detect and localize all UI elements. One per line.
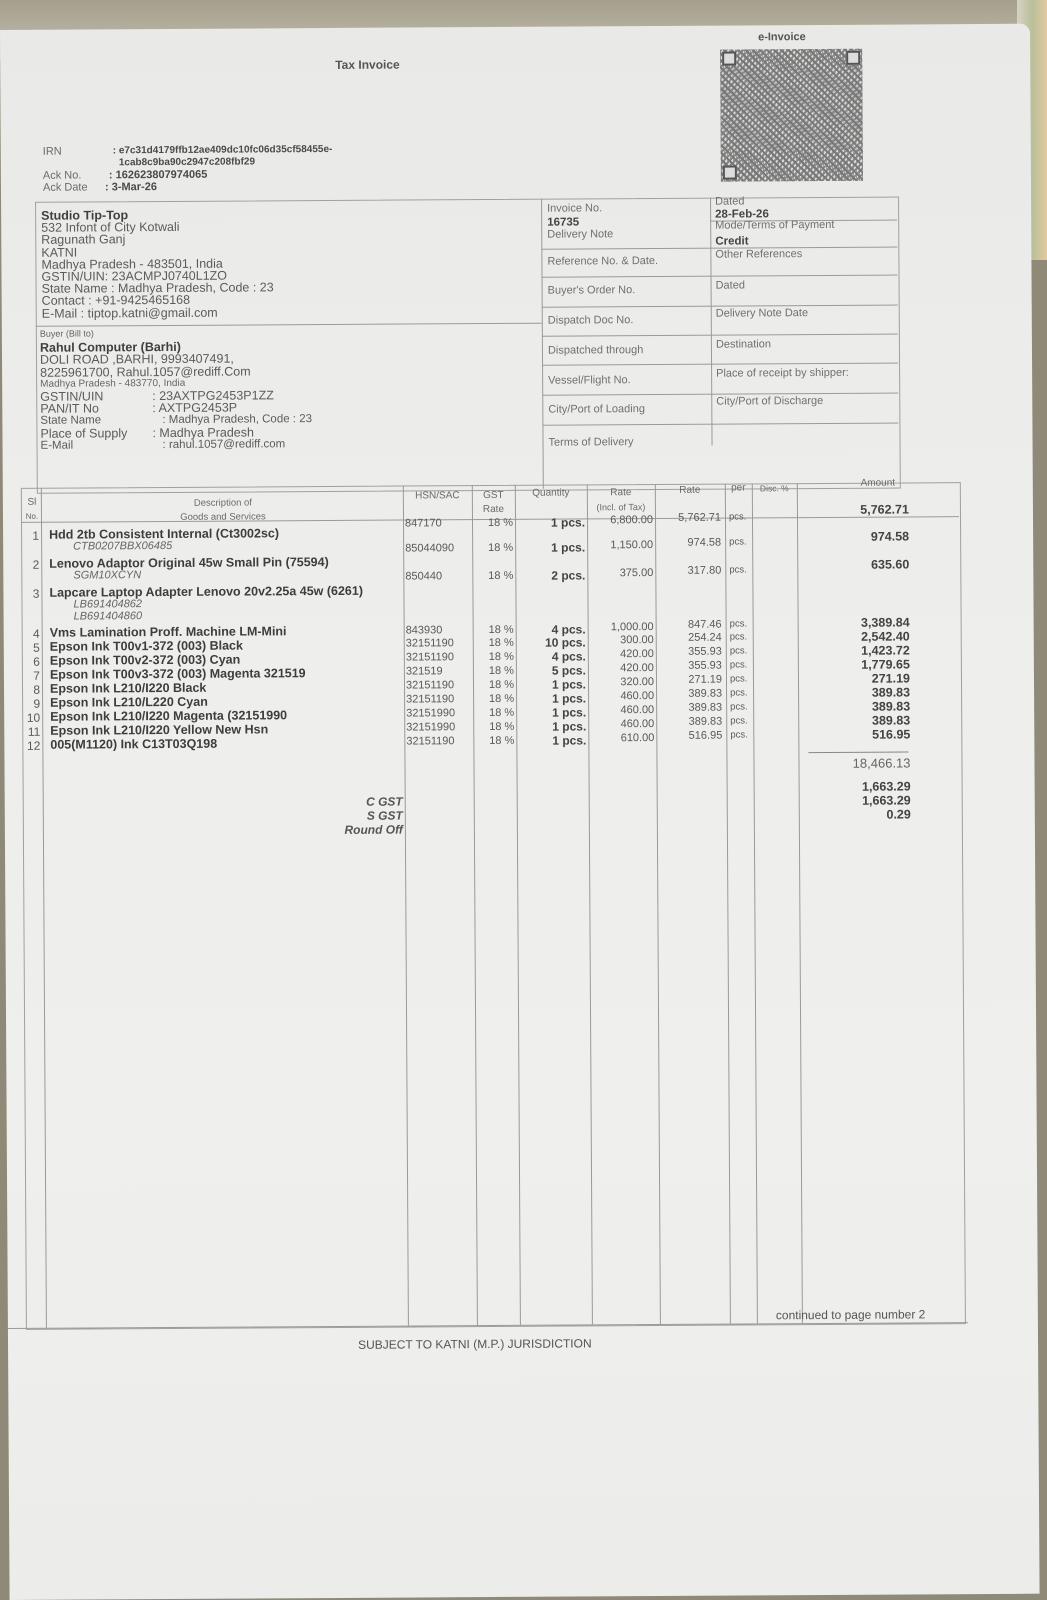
- header-description: Description ofGoods and Services: [43, 496, 403, 526]
- row-description: Vms Lamination Proff. Machine LM-Mini: [50, 624, 287, 639]
- row-rate: 5,762.71: [655, 512, 721, 524]
- row-gst-rate: 18 %: [474, 624, 514, 636]
- payment-terms-value: Credit: [715, 235, 748, 247]
- row-description: Epson Ink L210/I220 Magenta (32151990: [50, 708, 287, 723]
- row-hsn: 32151190: [406, 679, 454, 691]
- row-sl-no: 9: [22, 697, 40, 711]
- header-rate-incl-tax: Rate(Incl. of Tax): [587, 486, 655, 514]
- row-description: Epson Ink T00v3-372 (003) Magenta 321519: [50, 666, 306, 682]
- row-hsn: 32151190: [406, 735, 454, 747]
- row-serial-no: LB691404860: [74, 610, 143, 622]
- row-quantity: 4 pcs.: [516, 649, 586, 663]
- row-quantity: 1 pcs.: [515, 540, 585, 554]
- row-rate: 317.80: [655, 565, 721, 577]
- row-rate-incl-tax: 460.00: [588, 718, 654, 730]
- sgst-amount: 1,663.29: [805, 793, 911, 808]
- row-gst-rate: 18 %: [474, 693, 514, 705]
- invoice-no-value: 16735: [547, 216, 579, 228]
- row-amount: 974.58: [803, 529, 909, 544]
- document-title: Tax Invoice: [335, 58, 400, 72]
- row-amount: 389.83: [804, 685, 910, 700]
- ack-no-label: Ack No.: [43, 170, 82, 182]
- row-gst-rate: 18 %: [474, 651, 514, 663]
- port-discharge-label: City/Port of Discharge: [716, 395, 823, 408]
- invoice-no-label: Invoice No.: [547, 202, 602, 214]
- sgst-label: S GST: [305, 809, 403, 824]
- row-description: Epson Ink T00v2-372 (003) Cyan: [50, 653, 240, 668]
- vessel-flight-label: Vessel/Flight No.: [548, 374, 631, 387]
- row-rate: 254.24: [656, 632, 722, 644]
- row-per: pcs.: [730, 673, 748, 684]
- row-gst-rate: 18 %: [474, 637, 514, 649]
- ack-no-value: : 162623807974065: [109, 169, 208, 182]
- row-rate-incl-tax: 320.00: [588, 676, 654, 688]
- row-gst-rate: 18 %: [474, 665, 514, 677]
- row-rate: 847.46: [656, 619, 722, 631]
- row-rate: 974.58: [655, 537, 721, 549]
- row-quantity: 1 pcs.: [516, 719, 586, 733]
- cgst-amount: 1,663.29: [805, 779, 911, 794]
- order-dated-label: Dated: [716, 279, 745, 291]
- row-per: pcs.: [729, 511, 747, 522]
- row-gst-rate: 18 %: [474, 735, 514, 747]
- row-description: Epson Ink T00v1-372 (003) Black: [50, 639, 243, 654]
- row-sl-no: 1: [21, 529, 39, 543]
- row-description: Epson Ink L210/I220 Yellow New Hsn: [50, 722, 268, 737]
- place-of-receipt-label: Place of receipt by shipper:: [716, 367, 849, 380]
- row-per: pcs.: [730, 618, 748, 629]
- row-gst-rate: 18 %: [473, 542, 513, 554]
- row-per: pcs.: [730, 715, 748, 726]
- row-quantity: 10 pcs.: [516, 635, 586, 649]
- row-rate: 355.93: [656, 646, 722, 658]
- row-rate-incl-tax: 420.00: [588, 662, 654, 674]
- row-amount: 1,779.65: [804, 657, 910, 672]
- row-hsn: 850440: [405, 570, 442, 582]
- row-sl-no: 2: [21, 558, 39, 572]
- row-gst-rate: 18 %: [473, 570, 513, 582]
- row-rate-incl-tax: 460.00: [588, 704, 654, 716]
- dated-label: Dated: [715, 195, 744, 207]
- row-sl-no: 4: [22, 627, 40, 641]
- row-rate: 355.93: [656, 660, 722, 672]
- row-per: pcs.: [730, 701, 748, 712]
- row-description: Epson Ink L210/I220 Black: [50, 681, 206, 696]
- row-per: pcs.: [730, 659, 748, 670]
- buyers-order-label: Buyer's Order No.: [548, 284, 636, 297]
- dispatched-through-label: Dispatched through: [548, 344, 643, 357]
- row-sl-no: 12: [22, 739, 40, 753]
- reference-label: Reference No. & Date.: [547, 255, 658, 268]
- items-table: [21, 482, 966, 1330]
- row-quantity: 1 pcs.: [516, 677, 586, 691]
- header-quantity: Quantity: [515, 486, 587, 500]
- header-hsn: HSN/SAC: [403, 489, 472, 503]
- ack-date-value: : 3-Mar-26: [105, 181, 157, 193]
- row-rate-incl-tax: 1,000.00: [588, 621, 654, 633]
- invoice-page: Tax Invoice e-Invoice IRN : e7c31d4179ff…: [0, 24, 1040, 1600]
- header-rate: Rate: [655, 484, 725, 498]
- header-per: per: [725, 481, 752, 495]
- row-hsn: 32151990: [406, 721, 455, 733]
- row-sl-no: 8: [22, 683, 40, 697]
- payment-terms-label: Mode/Terms of Payment: [715, 219, 834, 232]
- row-sl-no: 7: [22, 669, 40, 683]
- row-rate: 389.83: [656, 716, 722, 728]
- irn-value-line1: : e7c31d4179ffb12ae409dc10fc06d35cf58455…: [113, 144, 333, 156]
- qr-code-icon: [720, 49, 863, 182]
- row-hsn: 85044090: [405, 542, 454, 554]
- row-per: pcs.: [729, 564, 747, 575]
- header-discount: Disc. %: [752, 481, 797, 495]
- row-amount: 1,423.72: [804, 643, 910, 658]
- row-gst-rate: 18 %: [473, 517, 513, 529]
- buyer-heading: Buyer (Bill to): [40, 326, 312, 340]
- row-amount: 389.83: [804, 713, 910, 728]
- row-amount: 389.83: [804, 699, 910, 714]
- delivery-note-date-label: Delivery Note Date: [716, 307, 808, 320]
- row-description: 005(M1120) Ink C13T03Q198: [50, 737, 217, 752]
- row-quantity: 1 pcs.: [516, 733, 586, 747]
- row-rate-incl-tax: 1,150.00: [587, 539, 653, 551]
- buyer-block: Buyer (Bill to) Rahul Computer (Barhi) D…: [40, 326, 312, 452]
- row-per: pcs.: [730, 687, 748, 698]
- row-description: Lenovo Adaptor Original 45w Small Pin (7…: [49, 555, 329, 571]
- row-gst-rate: 18 %: [474, 707, 514, 719]
- row-rate: 516.95: [656, 730, 722, 742]
- row-hsn: 847170: [405, 517, 442, 529]
- row-per: pcs.: [730, 631, 748, 642]
- row-amount: 2,542.40: [804, 629, 910, 644]
- row-amount: 271.19: [804, 671, 910, 686]
- seller-line: E-Mail : tiptop.katni@gmail.com: [42, 306, 274, 320]
- row-quantity: 1 pcs.: [515, 515, 585, 529]
- row-amount: 5,762.71: [803, 502, 909, 517]
- row-sl-no: 5: [22, 641, 40, 655]
- destination-label: Destination: [716, 338, 771, 350]
- row-hsn: 843930: [406, 624, 443, 636]
- row-rate-incl-tax: 610.00: [588, 732, 654, 744]
- row-gst-rate: 18 %: [474, 679, 514, 691]
- round-off-label: Round Off: [305, 823, 403, 838]
- row-hsn: 321519: [406, 665, 443, 677]
- row-quantity: 5 pcs.: [516, 663, 586, 677]
- row-serial-no: CTB0207BBX06485: [73, 540, 172, 553]
- row-per: pcs.: [730, 729, 748, 740]
- continued-note: continued to page number 2: [776, 1307, 926, 1322]
- header-sl: SlNo.: [23, 496, 41, 524]
- row-rate-incl-tax: 375.00: [587, 567, 653, 579]
- row-rate: 271.19: [656, 674, 722, 686]
- irn-label: IRN: [43, 146, 62, 158]
- row-rate-incl-tax: 460.00: [588, 690, 654, 702]
- row-sl-no: 6: [22, 655, 40, 669]
- row-quantity: 1 pcs.: [516, 705, 586, 719]
- row-hsn: 32151990: [406, 707, 455, 719]
- row-rate: 389.83: [656, 702, 722, 714]
- row-per: pcs.: [729, 536, 747, 547]
- row-hsn: 32151190: [406, 651, 454, 663]
- buyer-field-email: E-Mail: rahul.1057@rediff.com: [41, 438, 313, 452]
- subtotal-amount: 18,466.13: [804, 755, 910, 771]
- row-rate-incl-tax: 6,800.00: [587, 514, 653, 526]
- seller-block: Studio Tip-Top 532 Infont of City Kotwal…: [41, 208, 274, 319]
- round-off-amount: 0.29: [805, 807, 911, 822]
- other-references-label: Other References: [715, 248, 802, 261]
- ack-date-label: Ack Date: [43, 181, 88, 193]
- row-amount: 635.60: [803, 557, 909, 572]
- row-rate: 389.83: [656, 688, 722, 700]
- row-rate-incl-tax: 420.00: [588, 648, 654, 660]
- header-amount: Amount: [797, 476, 959, 491]
- row-gst-rate: 18 %: [474, 721, 514, 733]
- row-hsn: 32151190: [406, 693, 454, 705]
- row-sl-no: 10: [22, 711, 40, 725]
- cgst-label: C GST: [305, 795, 403, 810]
- row-amount: 516.95: [804, 727, 910, 742]
- row-serial-no: LB691404862: [73, 598, 142, 610]
- terms-of-delivery-label: Terms of Delivery: [548, 436, 633, 449]
- row-sl-no: 11: [22, 725, 40, 739]
- row-sl-no: 3: [21, 587, 39, 601]
- row-hsn: 32151190: [406, 637, 454, 649]
- row-rate-incl-tax: 300.00: [588, 634, 654, 646]
- dispatch-doc-label: Dispatch Doc No.: [548, 314, 634, 327]
- row-description: Lapcare Laptop Adapter Lenovo 20v2.25a 4…: [49, 584, 363, 600]
- row-amount: 3,389.84: [804, 615, 910, 630]
- einvoice-label: e-Invoice: [758, 31, 806, 43]
- header-gst-rate: GSTRate: [472, 489, 515, 517]
- jurisdiction-note: SUBJECT TO KATNI (M.P.) JURISDICTION: [358, 1336, 592, 1351]
- row-quantity: 2 pcs.: [515, 568, 585, 582]
- port-loading-label: City/Port of Loading: [548, 403, 645, 416]
- row-serial-no: SGM10XCYN: [73, 569, 141, 581]
- delivery-note-label: Delivery Note: [547, 228, 613, 240]
- row-description: Epson Ink L210/L220 Cyan: [50, 695, 208, 710]
- row-quantity: 1 pcs.: [516, 691, 586, 705]
- row-per: pcs.: [730, 645, 748, 656]
- irn-value-line2: 1cab8c9ba90c2947c208fbf29: [119, 156, 255, 168]
